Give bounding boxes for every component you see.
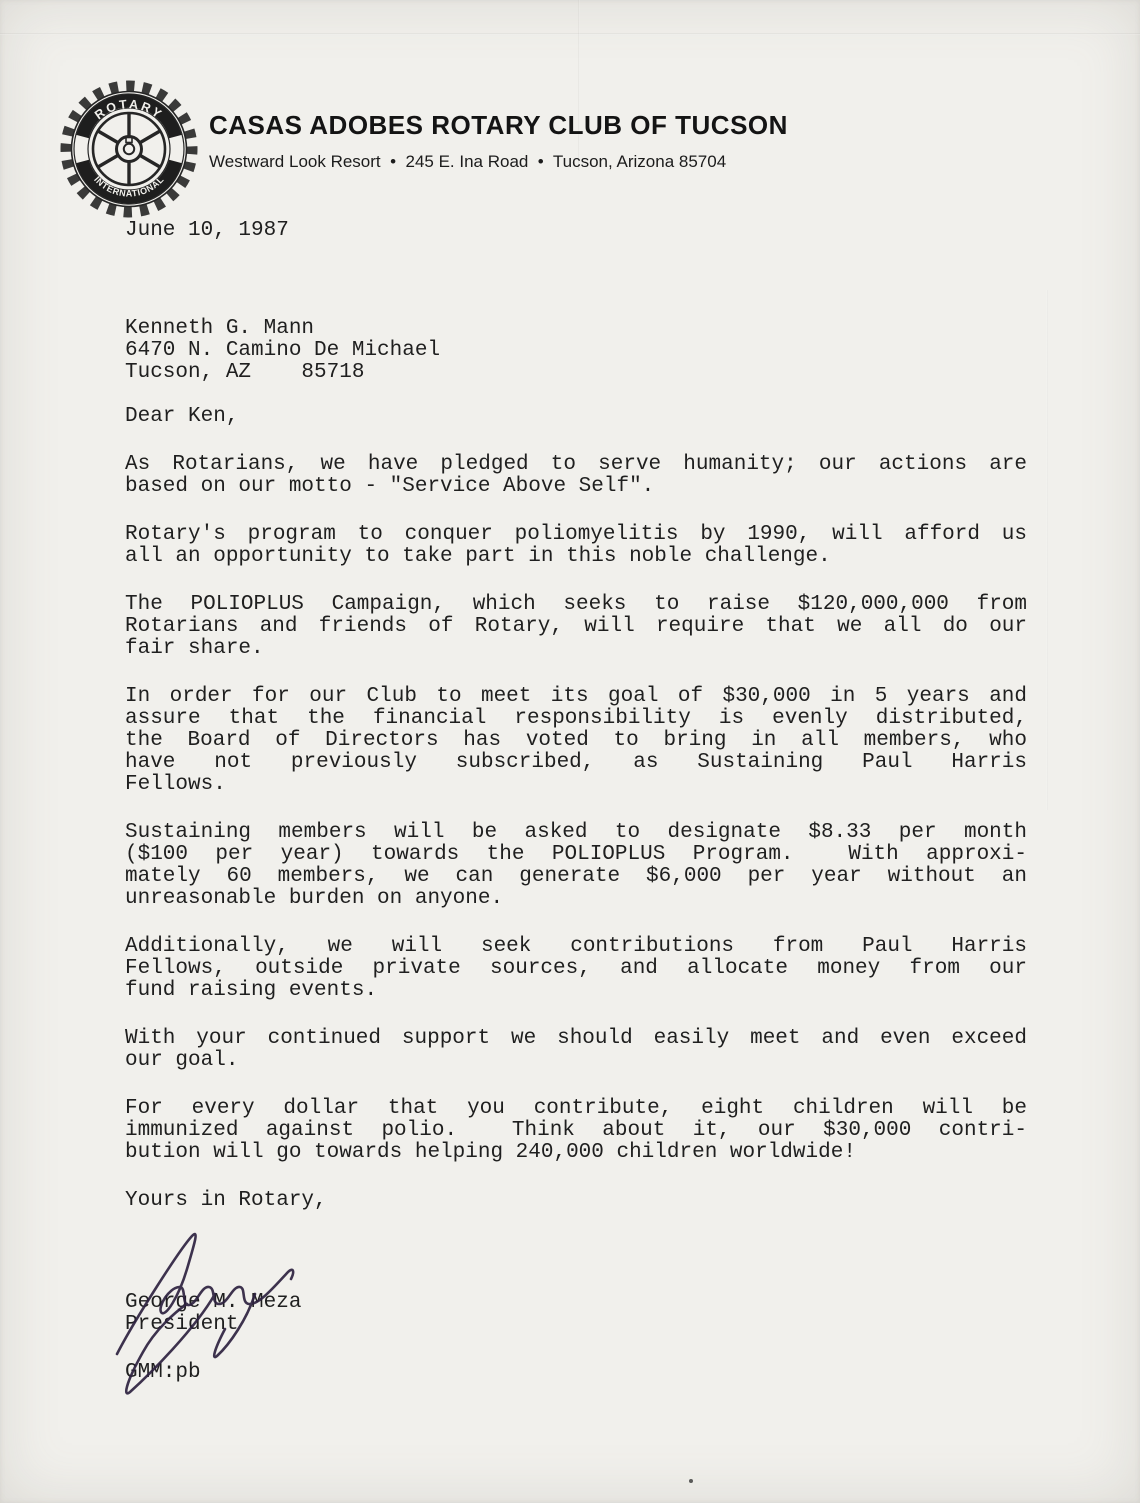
organization-name: CASAS ADOBES ROTARY CLUB OF TUCSON <box>209 110 1069 141</box>
recipient-name: Kenneth G. Mann <box>125 318 1027 340</box>
paragraph-impact: For every dollar that you contribute, ei… <box>125 1098 1027 1164</box>
recipient-street: 6470 N. Camino De Michael <box>125 340 1027 362</box>
organization-address: Westward Look Resort • 245 E. Ina Road •… <box>209 152 1069 172</box>
paper-fold-crease-top <box>0 33 1140 35</box>
closing-line: Yours in Rotary, <box>125 1190 1027 1212</box>
typist-initials: GMM:pb <box>125 1362 1027 1384</box>
letter-page: ROTARY INTERNATIONAL CASAS ADOBES ROTARY… <box>0 0 1140 1503</box>
salutation: Dear Ken, <box>125 406 1027 428</box>
paper-speck <box>689 1479 693 1483</box>
paper-crease-right <box>1046 290 1048 810</box>
recipient-address: Kenneth G. Mann 6470 N. Camino De Michae… <box>125 318 1027 384</box>
paragraph-continued-support: With your continued support we should ea… <box>125 1028 1027 1072</box>
paragraph-polioplus-campaign: The POLIOPLUS Campaign, which seeks to r… <box>125 594 1027 660</box>
recipient-city-state-zip: Tucson, AZ 85718 <box>125 362 1027 384</box>
signer-name: George M. Meza <box>125 1292 1027 1314</box>
signer-title: President <box>125 1314 1027 1336</box>
letterhead: CASAS ADOBES ROTARY CLUB OF TUCSON Westw… <box>209 110 1069 172</box>
rotary-international-wheel-icon: ROTARY INTERNATIONAL <box>58 78 200 220</box>
paragraph-sustaining-members: Sustaining members will be asked to desi… <box>125 822 1027 910</box>
paragraph-club-goal: In order for our Club to meet its goal o… <box>125 686 1027 796</box>
letter-date: June 10, 1987 <box>125 220 1027 242</box>
paragraph-pledge: As Rotarians, we have pledged to serve h… <box>125 454 1027 498</box>
paragraph-polio-program: Rotary's program to conquer poliomyeliti… <box>125 524 1027 568</box>
paragraph-additional-contributions: Additionally, we will seek contributions… <box>125 936 1027 1002</box>
letter-body: June 10, 1987 Kenneth G. Mann 6470 N. Ca… <box>125 220 1027 1384</box>
